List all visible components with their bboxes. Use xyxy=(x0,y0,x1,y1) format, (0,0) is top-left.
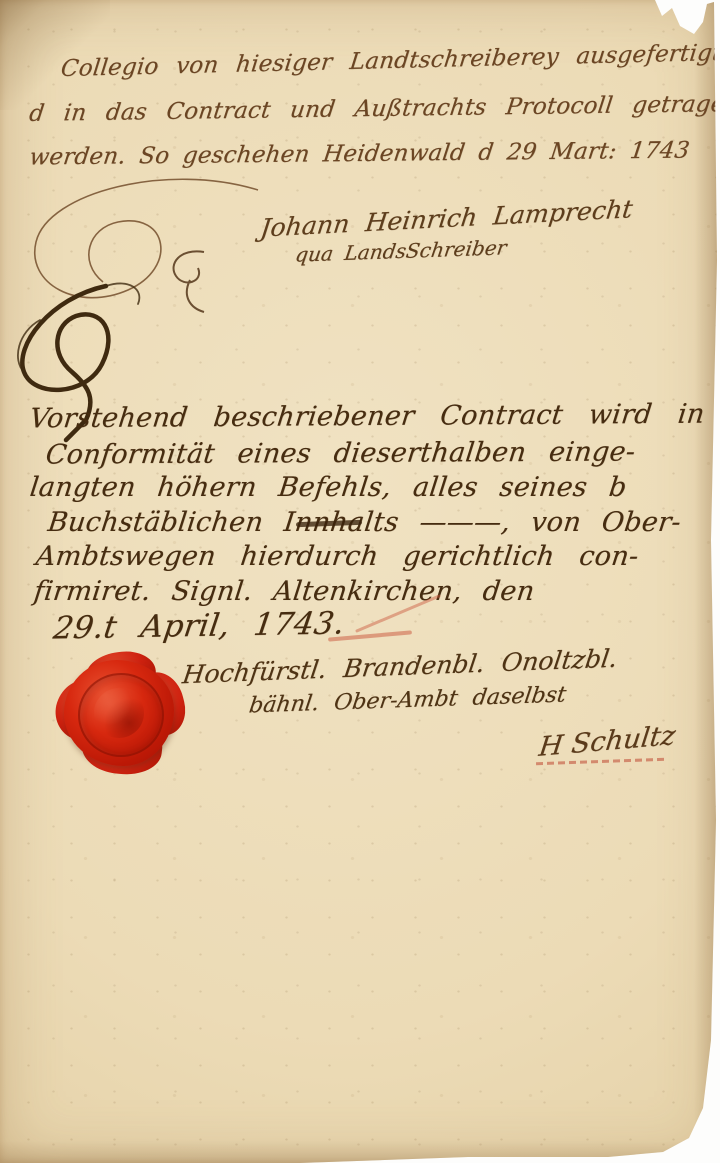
closing-line-2: bähnl. Ober-Ambt daselbst xyxy=(247,683,567,719)
body-line-6: firmiret. Signl. Altenkirchen, den xyxy=(32,576,536,607)
red-wax-seal xyxy=(56,652,184,776)
manuscript-photo: Collegio von hiesiger Landtschreiberey a… xyxy=(0,0,720,1163)
wax-seal-emboss xyxy=(94,688,144,738)
body-line-3: langten höhern Befehls, alles seines b xyxy=(28,472,628,503)
header-line-3: werden. So geschehen Heidenwald d 29 Mar… xyxy=(28,138,691,171)
body-line-5: Ambtswegen hierdurch gerichtlich con- xyxy=(34,541,640,572)
small-curl-flourish xyxy=(160,246,220,316)
header-line-1: Collegio von hiesiger Landtschreiberey a… xyxy=(59,40,720,82)
header-line-2: d in das Contract und Außtrachts Protoco… xyxy=(28,91,720,127)
clerk-signature-name: Johann Heinrich Lamprecht xyxy=(259,194,635,242)
paper-sheet: Collegio von hiesiger Landtschreiberey a… xyxy=(0,0,720,1163)
body-line-2: Conformität eines dieserthalben einge- xyxy=(44,436,637,470)
paper-bottom-edge-shading xyxy=(0,1141,720,1163)
paper-right-edge-shading xyxy=(694,0,720,1163)
clerk-signature-title: qua LandsSchreiber xyxy=(294,235,508,266)
official-signature: H Schultz xyxy=(537,720,677,763)
dateline: 29.t April, 1743. xyxy=(51,605,347,646)
body-line-1: Vorstehend beschriebener Contract wird i… xyxy=(28,399,706,435)
body-line-4: Buchstäblichen Innhalts ———, von Ober- xyxy=(46,507,683,538)
